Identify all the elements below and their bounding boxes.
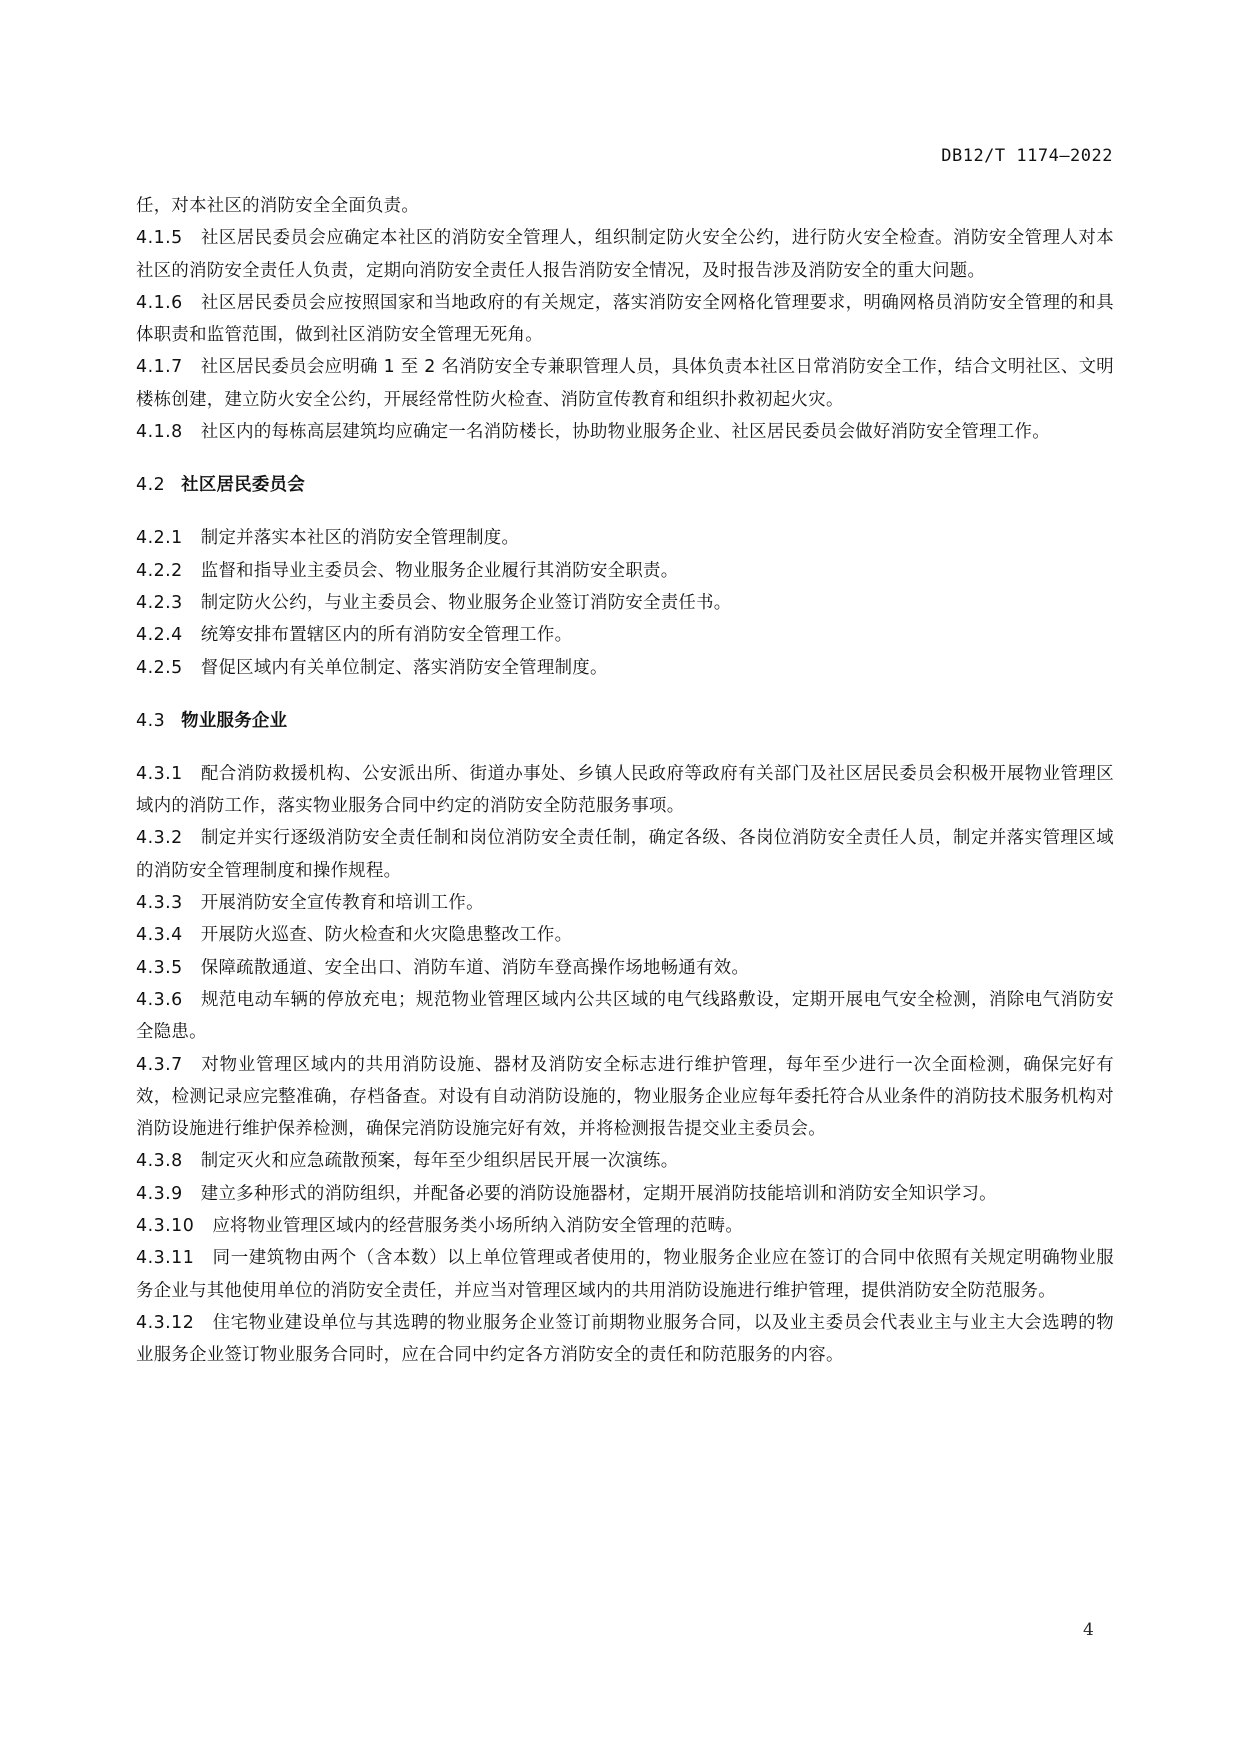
clause-number: 4.1.8	[136, 422, 183, 442]
clause-number: 4.2.4	[136, 625, 183, 645]
clause-number: 4.2.3	[136, 593, 183, 613]
clause-number: 4.3.3	[136, 893, 183, 913]
clause-number: 4.3.10	[136, 1216, 194, 1236]
clause-number: 4.3.11	[136, 1248, 194, 1268]
clause-4-2-3: 4.2.3制定防火公约，与业主委员会、物业服务企业签订消防安全责任书。	[136, 587, 1114, 619]
clause-text: 制定防火公约，与业主委员会、物业服务企业签订消防安全责任书。	[201, 593, 732, 613]
clause-4-3-2: 4.3.2制定并实行逐级消防安全责任制和岗位消防安全责任制，确定各级、各岗位消防…	[136, 822, 1114, 887]
section-number: 4.2	[136, 475, 165, 495]
clause-text: 制定并实行逐级消防安全责任制和岗位消防安全责任制，确定各级、各岗位消防安全责任人…	[136, 828, 1114, 880]
clause-4-3-10: 4.3.10应将物业管理区域内的经营服务类小场所纳入消防安全管理的范畴。	[136, 1210, 1114, 1242]
clause-text: 督促区域内有关单位制定、落实消防安全管理制度。	[201, 658, 608, 678]
clause-text: 应将物业管理区域内的经营服务类小场所纳入消防安全管理的范畴。	[212, 1216, 743, 1236]
continued-paragraph: 任，对本社区的消防安全全面负责。	[136, 190, 1114, 222]
section-heading-4-2: 4.2社区居民委员会	[136, 469, 1114, 501]
clause-4-2-5: 4.2.5督促区域内有关单位制定、落实消防安全管理制度。	[136, 652, 1114, 684]
clause-text: 建立多种形式的消防组织，并配备必要的消防设施器材，定期开展消防技能培训和消防安全…	[201, 1184, 997, 1204]
clause-number: 4.3.9	[136, 1184, 183, 1204]
clause-number: 4.3.7	[136, 1055, 183, 1075]
clause-number: 4.3.8	[136, 1151, 183, 1171]
clause-number: 4.2.2	[136, 561, 183, 581]
clause-4-3-7: 4.3.7对物业管理区域内的共用消防设施、器材及消防安全标志进行维护管理，每年至…	[136, 1049, 1114, 1146]
clause-text: 社区内的每栋高层建筑均应确定一名消防楼长，协助物业服务企业、社区居民委员会做好消…	[201, 422, 1050, 442]
clause-4-3-5: 4.3.5保障疏散通道、安全出口、消防车道、消防车登高操作场地畅通有效。	[136, 952, 1114, 984]
clause-number: 4.1.5	[136, 228, 183, 248]
clause-4-2-2: 4.2.2监督和指导业主委员会、物业服务企业履行其消防安全职责。	[136, 555, 1114, 587]
page-number: 4	[1083, 1620, 1094, 1640]
section-number: 4.3	[136, 711, 165, 731]
clause-4-2-4: 4.2.4统筹安排布置辖区内的所有消防安全管理工作。	[136, 619, 1114, 651]
clause-number: 4.3.12	[136, 1313, 194, 1333]
clause-text: 对物业管理区域内的共用消防设施、器材及消防安全标志进行维护管理，每年至少进行一次…	[136, 1055, 1114, 1140]
clause-4-3-8: 4.3.8制定灭火和应急疏散预案，每年至少组织居民开展一次演练。	[136, 1145, 1114, 1177]
clause-number: 4.3.1	[136, 764, 183, 784]
clause-text: 住宅物业建设单位与其选聘的物业服务企业签订前期物业服务合同，以及业主委员会代表业…	[136, 1313, 1114, 1365]
clause-4-3-4: 4.3.4开展防火巡查、防火检查和火灾隐患整改工作。	[136, 919, 1114, 951]
clause-text: 社区居民委员会应确定本社区的消防安全管理人，组织制定防火安全公约，进行防火安全检…	[136, 228, 1114, 280]
clause-4-2-1: 4.2.1制定并落实本社区的消防安全管理制度。	[136, 522, 1114, 554]
clause-4-3-9: 4.3.9建立多种形式的消防组织，并配备必要的消防设施器材，定期开展消防技能培训…	[136, 1178, 1114, 1210]
clause-number: 4.2.5	[136, 658, 183, 678]
section-title: 物业服务企业	[181, 711, 287, 731]
clause-4-3-11: 4.3.11同一建筑物由两个（含本数）以上单位管理或者使用的，物业服务企业应在签…	[136, 1242, 1114, 1307]
clause-number: 4.1.7	[136, 357, 183, 377]
clause-4-3-3: 4.3.3开展消防安全宣传教育和培训工作。	[136, 887, 1114, 919]
clause-text: 同一建筑物由两个（含本数）以上单位管理或者使用的，物业服务企业应在签订的合同中依…	[136, 1248, 1114, 1300]
clause-4-1-6: 4.1.6社区居民委员会应按照国家和当地政府的有关规定，落实消防安全网格化管理要…	[136, 287, 1114, 352]
document-code: DB12/T 1174—2022	[941, 146, 1113, 166]
clause-text: 制定灭火和应急疏散预案，每年至少组织居民开展一次演练。	[201, 1151, 679, 1171]
clause-text: 监督和指导业主委员会、物业服务企业履行其消防安全职责。	[201, 561, 679, 581]
clause-text: 配合消防救援机构、公安派出所、街道办事处、乡镇人民政府等政府有关部门及社区居民委…	[136, 764, 1114, 816]
clause-text: 社区居民委员会应按照国家和当地政府的有关规定，落实消防安全网格化管理要求，明确网…	[136, 293, 1114, 345]
clause-number: 4.1.6	[136, 293, 183, 313]
clause-text: 制定并落实本社区的消防安全管理制度。	[201, 528, 519, 548]
clause-text: 统筹安排布置辖区内的所有消防安全管理工作。	[201, 625, 573, 645]
clause-4-1-8: 4.1.8社区内的每栋高层建筑均应确定一名消防楼长，协助物业服务企业、社区居民委…	[136, 416, 1114, 448]
clause-text: 规范电动车辆的停放充电；规范物业管理区域内公共区域的电气线路敷设，定期开展电气安…	[136, 990, 1114, 1042]
clause-4-3-12: 4.3.12住宅物业建设单位与其选聘的物业服务企业签订前期物业服务合同，以及业主…	[136, 1307, 1114, 1372]
clause-4-1-7: 4.1.7社区居民委员会应明确 1 至 2 名消防安全专兼职管理人员，具体负责本…	[136, 351, 1114, 416]
clause-text: 开展防火巡查、防火检查和火灾隐患整改工作。	[201, 925, 573, 945]
clause-number: 4.3.2	[136, 828, 183, 848]
section-heading-4-3: 4.3物业服务企业	[136, 705, 1114, 737]
clause-text: 保障疏散通道、安全出口、消防车道、消防车登高操作场地畅通有效。	[201, 958, 749, 978]
clause-number: 4.3.6	[136, 990, 183, 1010]
clause-text: 开展消防安全宣传教育和培训工作。	[201, 893, 484, 913]
clause-4-1-5: 4.1.5社区居民委员会应确定本社区的消防安全管理人，组织制定防火安全公约，进行…	[136, 222, 1114, 287]
clause-text: 社区居民委员会应明确 1 至 2 名消防安全专兼职管理人员，具体负责本社区日常消…	[136, 357, 1114, 409]
clause-4-3-1: 4.3.1配合消防救援机构、公安派出所、街道办事处、乡镇人民政府等政府有关部门及…	[136, 758, 1114, 823]
clause-number: 4.3.4	[136, 925, 183, 945]
section-title: 社区居民委员会	[181, 475, 305, 495]
page-body: 任，对本社区的消防安全全面负责。 4.1.5社区居民委员会应确定本社区的消防安全…	[136, 190, 1114, 1372]
clause-number: 4.2.1	[136, 528, 183, 548]
clause-4-3-6: 4.3.6规范电动车辆的停放充电；规范物业管理区域内公共区域的电气线路敷设，定期…	[136, 984, 1114, 1049]
clause-number: 4.3.5	[136, 958, 183, 978]
